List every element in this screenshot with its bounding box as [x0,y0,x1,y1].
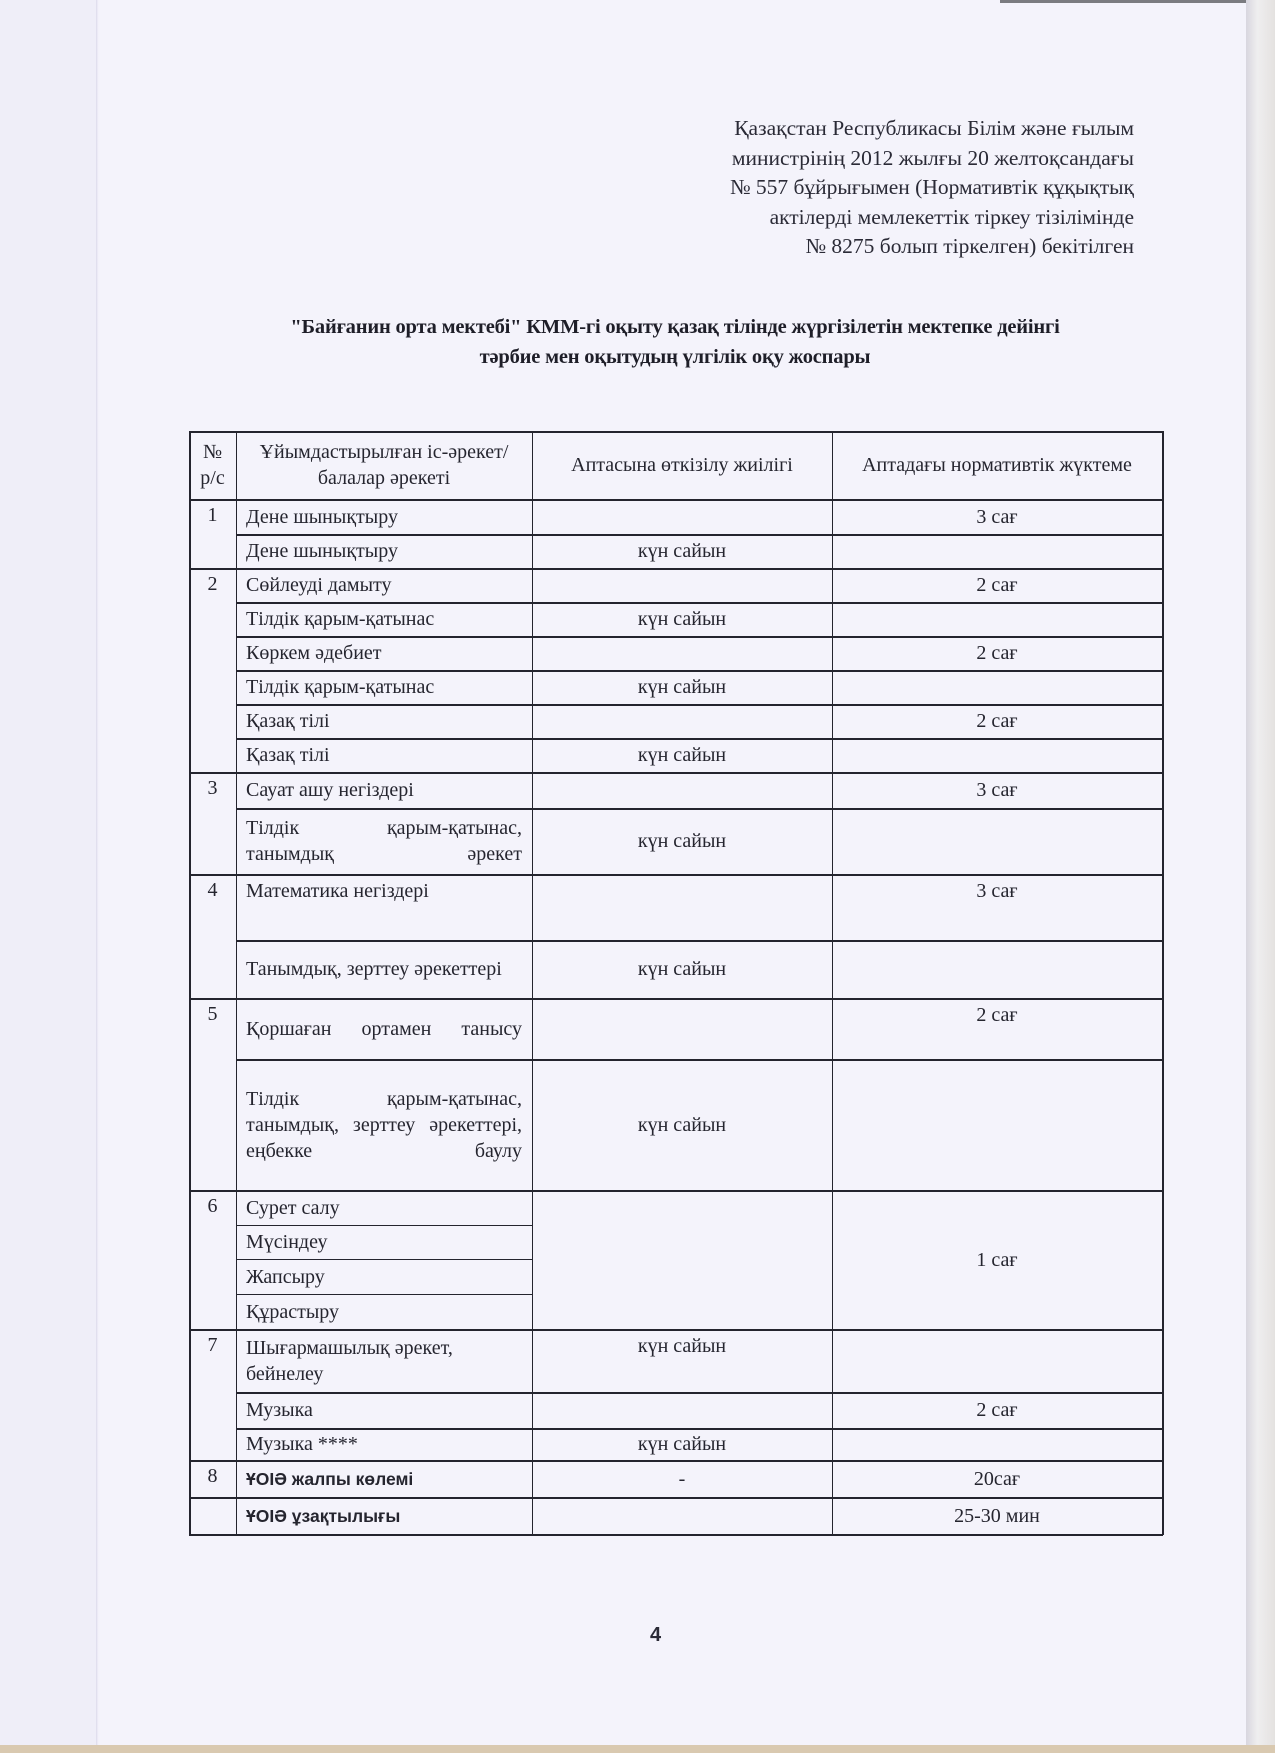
load-cell-text: 20сағ [842,1466,1152,1492]
activity-cell: ҰОІӘ ұзақтылығы [236,1497,532,1534]
header-load: Аптадағы нормативтік жүктеме [832,431,1162,499]
activity-cell: Тілдік қарым-қатынас [236,670,532,704]
frequency-cell-text: күн сайын [542,1431,822,1457]
load-cell-text: 2 сағ [842,572,1152,598]
load-cell: 3 сағ [832,499,1162,534]
frequency-cell [532,568,832,602]
activity-cell-text: Шығармашылық әрекет, бейнелеу [246,1335,522,1387]
frequency-cell [532,1190,832,1329]
approval-note-line: Қазақстан Республикасы Білім және ғылым [730,114,1134,144]
load-cell [832,1059,1162,1190]
frequency-cell: күн сайын [532,670,832,704]
activity-cell-text: Көркем әдебиет [246,640,522,666]
activity-cell-text: Қазақ тілі [246,742,522,768]
page-number: 4 [650,1624,661,1647]
load-cell-text: 25-30 мин [842,1503,1152,1529]
frequency-cell-text: күн сайын [542,674,822,700]
approval-note-line: министрінің 2012 жылғы 20 желтоқсандағы [730,144,1134,174]
load-cell [832,602,1162,636]
scan-top-edge [1000,0,1246,3]
activity-cell: Сурет салу [236,1190,532,1225]
activity-cell: Тілдік қарым-қатынас, танымдық, зерттеу … [236,1059,532,1190]
number-cell: 7 [189,1329,236,1460]
activity-cell-text: Музыка [246,1397,522,1423]
header-load-text: Аптадағы нормативтік жүктеме [842,452,1152,478]
activity-cell-text: Тілдік қарым-қатынас [246,606,522,632]
number-cell: 1 [189,499,236,568]
activity-cell-text: Тілдік қарым-қатынас, танымдық, зерттеу … [246,1086,522,1164]
activity-cell: Музыка [236,1392,532,1428]
frequency-cell: күн сайын [532,738,832,772]
activity-cell: Музыка **** [236,1428,532,1460]
title-line: тәрбие мен оқытудың үлгілік оқу жоспары [180,342,1170,372]
frequency-cell [532,1392,832,1428]
activity-cell-text: Құрастыру [246,1299,522,1325]
frequency-cell: күн сайын [532,602,832,636]
number-cell: 5 [189,998,236,1190]
frequency-cell-text: күн сайын [542,828,822,854]
activity-cell-text: Жапсыру [246,1264,522,1290]
activity-cell-text: ҰОІӘ жалпы көлемі [246,1466,522,1492]
activity-cell-text: Дене шынықтыру [246,504,522,530]
activity-cell-text: Сурет салу [246,1195,522,1221]
activity-cell: Сауат ашу негіздері [236,772,532,808]
previous-page-edge [0,0,96,1748]
number-cell: 8 [189,1460,236,1497]
activity-cell: Көркем әдебиет [236,636,532,670]
frequency-cell: - [532,1460,832,1497]
scan-right-edge [1246,0,1275,1753]
frequency-cell: күн сайын [532,940,832,998]
load-cell [832,738,1162,772]
activity-cell: Шығармашылық әрекет, бейнелеу [236,1329,532,1392]
frequency-cell-text: күн сайын [542,742,822,768]
activity-cell-text: Сауат ашу негіздері [246,777,522,803]
header-frequency: Аптасына өткізілу жиілігі [532,431,832,499]
activity-cell: ҰОІӘ жалпы көлемі [236,1460,532,1497]
frequency-cell [532,636,832,670]
frequency-cell [532,1497,832,1534]
load-cell [832,534,1162,568]
frequency-cell: күн сайын [532,808,832,874]
row-number: 3 [199,775,226,801]
load-cell-text: 3 сағ [842,504,1152,530]
header-activity: Ұйымдастырылған іс-әрекет/балалар әрекет… [236,431,532,499]
activity-cell: Дене шынықтыру [236,534,532,568]
activity-cell-text: Тілдік қарым-қатынас [246,674,522,700]
activity-cell: Қазақ тілі [236,738,532,772]
document-title: "Байғанин орта мектебі" КММ-гі оқыту қаз… [180,312,1170,372]
table-bottom-border [189,1534,1163,1536]
activity-cell: Танымдық, зерттеу әрекеттері [236,940,532,998]
row-number: 5 [199,1001,226,1027]
activity-cell-text: Дене шынықтыру [246,538,522,564]
frequency-cell-text: күн сайын [542,1333,822,1359]
load-cell: 3 сағ [832,772,1162,808]
load-cell: 3 сағ [832,874,1162,940]
activity-cell: Математика негіздері [236,874,532,940]
frequency-cell [532,874,832,940]
load-cell [832,1329,1162,1392]
header-number: № р/с [189,431,236,499]
load-cell: 2 сағ [832,998,1162,1059]
load-cell: 2 сағ [832,568,1162,602]
load-cell: 2 сағ [832,704,1162,738]
activity-cell: Жапсыру [236,1259,532,1294]
frequency-cell: күн сайын [532,1428,832,1460]
activity-cell: Тілдік қарым-қатынас, танымдық әрекет [236,808,532,874]
row-number: 6 [199,1193,226,1219]
frequency-cell [532,499,832,534]
load-cell [832,808,1162,874]
number-cell: 2 [189,568,236,772]
document-page: Қазақстан Республикасы Білім және ғылым … [0,0,1246,1748]
row-number: 8 [199,1463,226,1489]
load-cell [832,940,1162,998]
header-activity-text: Ұйымдастырылған іс-әрекет/балалар әрекет… [246,439,522,491]
number-cell: 3 [189,772,236,874]
load-cell-text: 2 сағ [842,640,1152,666]
header-frequency-text: Аптасына өткізілу жиілігі [542,452,822,478]
load-cell [832,1428,1162,1460]
load-cell-text: 2 сағ [842,1397,1152,1423]
activity-cell-text: Қоршаған ортамен танысу [246,1016,522,1042]
frequency-cell-text: күн сайын [542,956,822,982]
number-cell: 6 [189,1190,236,1329]
activity-cell: Құрастыру [236,1294,532,1329]
activity-cell-text: Сөйлеуді дамыту [246,572,522,598]
frequency-cell: күн сайын [532,534,832,568]
frequency-cell [532,772,832,808]
row-number: 7 [199,1332,226,1358]
load-cell: 25-30 мин [832,1497,1162,1534]
activity-cell: Тілдік қарым-қатынас [236,602,532,636]
frequency-cell [532,704,832,738]
activity-cell: Дене шынықтыру [236,499,532,534]
load-cell-text: 2 сағ [842,708,1152,734]
load-cell-text: 3 сағ [842,878,1152,904]
load-cell: 2 сағ [832,636,1162,670]
number-cell: 4 [189,874,236,998]
activity-cell-text: ҰОІӘ ұзақтылығы [246,1503,522,1529]
approval-note-line: № 557 бұйрығымен (Нормативтік құқықтық [730,173,1134,203]
frequency-cell-text: - [542,1466,822,1492]
load-cell-text: 2 сағ [842,1002,1152,1028]
load-cell-text: 3 сағ [842,777,1152,803]
activity-cell-text: Математика негіздері [246,878,522,904]
activity-cell-text: Мүсіндеу [246,1229,522,1255]
activity-cell-text: Тілдік қарым-қатынас, танымдық әрекет [246,815,522,867]
load-cell: 20сағ [832,1460,1162,1497]
load-cell: 2 сағ [832,1392,1162,1428]
activity-cell: Мүсіндеу [236,1225,532,1259]
frequency-cell-text: күн сайын [542,1112,822,1138]
table-right-border [1162,431,1164,1535]
activity-cell-text: Қазақ тілі [246,708,522,734]
row-number: 2 [199,571,226,597]
title-line: "Байғанин орта мектебі" КММ-гі оқыту қаз… [180,312,1170,342]
activity-cell: Сөйлеуді дамыту [236,568,532,602]
activity-cell: Қоршаған ортамен танысу [236,998,532,1059]
activity-cell-text: Музыка **** [246,1431,522,1457]
load-cell: 1 сағ [832,1190,1162,1329]
row-number: 1 [199,502,226,528]
scan-bottom-edge [0,1745,1275,1753]
approval-note-line: № 8275 болып тіркелген) бекітілген [730,232,1134,262]
frequency-cell: күн сайын [532,1329,832,1392]
load-cell [832,670,1162,704]
activity-cell: Қазақ тілі [236,704,532,738]
frequency-cell: күн сайын [532,1059,832,1190]
number-cell [189,1497,236,1534]
frequency-cell-text: күн сайын [542,606,822,632]
header-number-text: № р/с [199,439,226,491]
frequency-cell [532,998,832,1059]
activity-cell-text: Танымдық, зерттеу әрекеттері [246,956,522,982]
approval-note-line: актілерді мемлекеттік тіркеу тізілімінде [730,203,1134,233]
row-number: 4 [199,877,226,903]
frequency-cell-text: күн сайын [542,538,822,564]
page-fold [96,0,99,1748]
load-cell-text: 1 сағ [842,1247,1152,1273]
approval-note: Қазақстан Республикасы Білім және ғылым … [730,114,1134,262]
